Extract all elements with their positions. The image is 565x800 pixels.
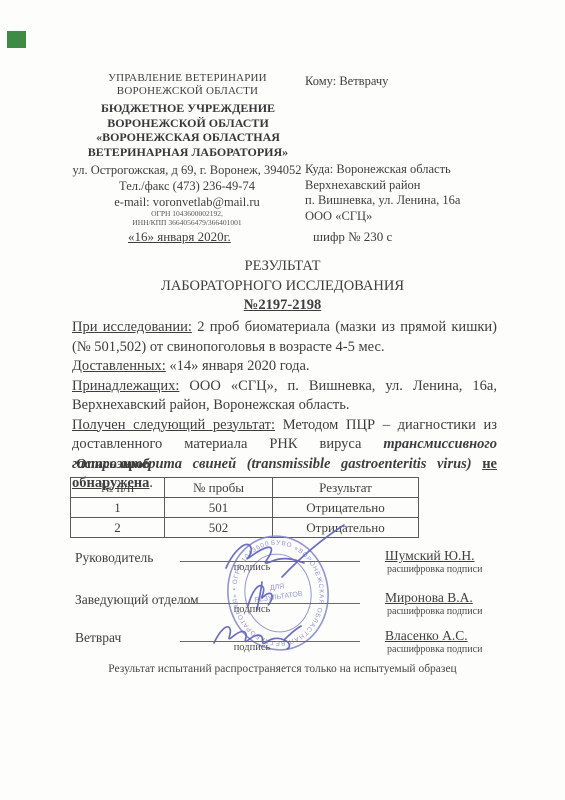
org-name-line: «ВОРОНЕЖСКАЯ ОБЛАСТНАЯ bbox=[73, 130, 303, 145]
title-line: РЕЗУЛЬТАТ bbox=[0, 257, 565, 277]
signature-role: Ветврач bbox=[75, 630, 121, 646]
org-name-line: ВЕТЕРИНАРНАЯ ЛАБОРАТОРИЯ» bbox=[73, 145, 303, 160]
destination-line: п. Вишневка, ул. Ленина, 16а bbox=[305, 193, 460, 209]
paragraph-label: Принадлежащих: bbox=[72, 378, 179, 394]
samples-table: № п/п № пробы Результат 1 501 Отрицатель… bbox=[70, 477, 419, 538]
date-field: «16» января 2020г. bbox=[128, 229, 231, 245]
signature-name-caption: расшифровка подписи bbox=[387, 564, 482, 575]
document-page: УПРАВЛЕНИЕ ВЕТЕРИНАРИИ ВОРОНЕЖСКОЙ ОБЛАС… bbox=[0, 0, 565, 800]
destination-block: Куда: Воронежская область Верхнехавский … bbox=[305, 162, 460, 224]
signature-line-rule bbox=[180, 579, 360, 604]
signature-line-rule bbox=[180, 537, 360, 562]
destination-line: ООО «СГЦ» bbox=[305, 209, 460, 225]
inn-line: ИНН/КПП 3664056479/366401001 bbox=[52, 219, 322, 228]
signature-caption: подпись bbox=[202, 562, 302, 573]
table-cell: 2 bbox=[71, 518, 165, 538]
table-cell: Отрицательно bbox=[273, 498, 419, 518]
samples-table-caption: Опись проб bbox=[76, 457, 150, 473]
phone-line: Тел./факс (473) 236-49-74 bbox=[52, 178, 322, 194]
signature-caption: подпись bbox=[202, 604, 302, 615]
document-title: РЕЗУЛЬТАТ ЛАБОРАТОРНОГО ИССЛЕДОВАНИЯ №21… bbox=[0, 257, 565, 316]
paragraph-label: Получен следующий результат: bbox=[72, 417, 275, 433]
destination-line: Верхнехавский район bbox=[305, 178, 460, 194]
authority-line: ВОРОНЕЖСКОЙ ОБЛАСТИ bbox=[90, 85, 285, 98]
signature-name: Власенко А.С. bbox=[385, 628, 468, 644]
paragraph-label: Доставленных: bbox=[72, 358, 166, 374]
table-header-row: № п/п № пробы Результат bbox=[71, 478, 419, 498]
authority-line: УПРАВЛЕНИЕ ВЕТЕРИНАРИИ bbox=[90, 72, 285, 85]
table-header-cell: № пробы bbox=[165, 478, 273, 498]
signature-line: подпись bbox=[180, 617, 360, 653]
paragraph-text: «14» января 2020 года. bbox=[166, 358, 310, 374]
signature-line-rule bbox=[180, 617, 360, 642]
destination-line: Куда: Воронежская область bbox=[305, 162, 460, 178]
signature-line: подпись bbox=[180, 579, 360, 615]
signature-row-vet: Ветврач подпись Власенко А.С. расшифровк… bbox=[75, 628, 515, 664]
authority-block: УПРАВЛЕНИЕ ВЕТЕРИНАРИИ ВОРОНЕЖСКОЙ ОБЛАС… bbox=[90, 72, 285, 98]
org-name-line: ВОРОНЕЖСКОЙ ОБЛАСТИ bbox=[73, 116, 303, 131]
address-line: ул. Острогожская, д 69, г. Воронеж, 3940… bbox=[52, 162, 322, 178]
signature-line: подпись bbox=[180, 537, 360, 573]
footer-note: Результат испытаний распространяется тол… bbox=[0, 663, 565, 675]
paragraph-delivered: Доставленных: «14» января 2020 года. bbox=[72, 357, 497, 377]
paragraph-belonging: Принадлежащих: ООО «СГЦ», п. Вишневка, у… bbox=[72, 377, 497, 416]
table-cell: 1 bbox=[71, 498, 165, 518]
table-header-cell: № п/п bbox=[71, 478, 165, 498]
result-number: №2197-2198 bbox=[244, 297, 321, 313]
signature-role: Руководитель bbox=[75, 550, 153, 566]
table-cell: 501 bbox=[165, 498, 273, 518]
org-name-line: БЮДЖЕТНОЕ УЧРЕЖДЕНИЕ bbox=[73, 101, 303, 116]
title-line: ЛАБОРАТОРНОГО ИССЛЕДОВАНИЯ bbox=[0, 277, 565, 297]
signature-caption: подпись bbox=[202, 642, 302, 653]
paragraph-examined: При исследовании: 2 проб биоматериала (м… bbox=[72, 318, 497, 357]
address-block: ул. Острогожская, д 69, г. Воронеж, 3940… bbox=[52, 162, 322, 227]
to-field: Кому: Ветврачу bbox=[305, 74, 388, 89]
signature-name: Шумский Ю.Н. bbox=[385, 548, 474, 564]
cipher-field: шифр № 230 с bbox=[313, 229, 392, 245]
paragraph-label: При исследовании: bbox=[72, 319, 192, 335]
green-marker bbox=[7, 31, 26, 48]
signature-name-caption: расшифровка подписи bbox=[387, 644, 482, 655]
table-row: 1 501 Отрицательно bbox=[71, 498, 419, 518]
email-line: e-mail: voronvetlab@mail.ru bbox=[52, 194, 322, 210]
organization-name: БЮДЖЕТНОЕ УЧРЕЖДЕНИЕ ВОРОНЕЖСКОЙ ОБЛАСТИ… bbox=[73, 101, 303, 159]
table-header-cell: Результат bbox=[273, 478, 419, 498]
signature-name-caption: расшифровка подписи bbox=[387, 606, 482, 617]
signature-name: Миронова В.А. bbox=[385, 590, 473, 606]
